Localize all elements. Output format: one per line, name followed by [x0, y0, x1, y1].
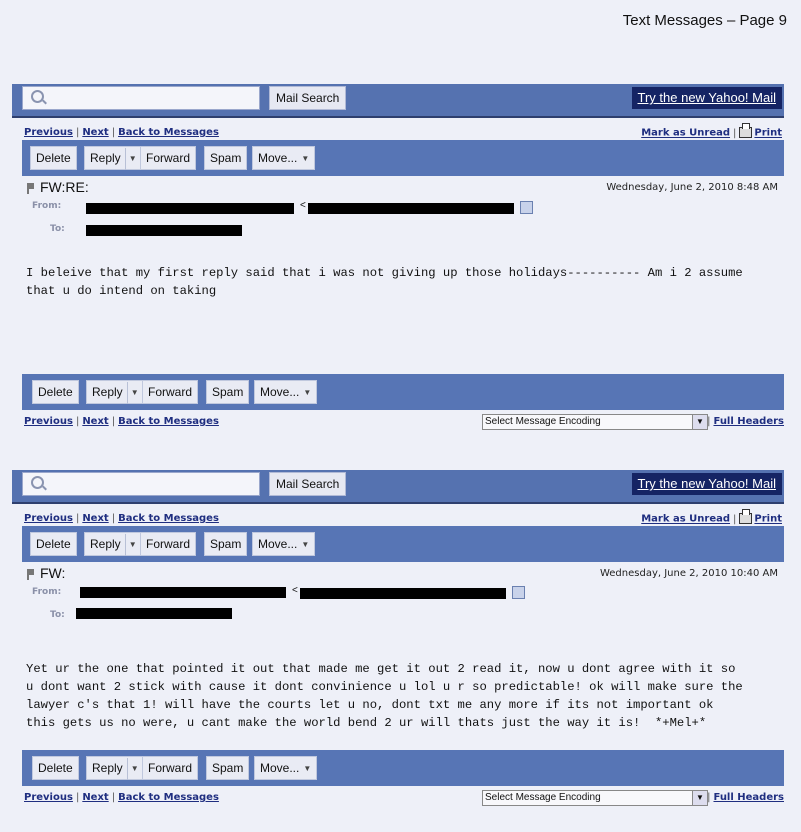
- previous-link[interactable]: Previous: [24, 513, 73, 524]
- next-link[interactable]: Next: [82, 792, 108, 803]
- message-date: Wednesday, June 2, 2010 10:40 AM: [600, 568, 778, 579]
- action-toolbar-top: Delete Reply▼ Forward Spam Move...▼: [22, 140, 784, 176]
- move-button[interactable]: Move...▼: [254, 380, 317, 404]
- search-icon: [31, 90, 44, 103]
- delete-button[interactable]: Delete: [32, 380, 79, 404]
- flag-icon[interactable]: [27, 183, 34, 189]
- spam-button[interactable]: Spam: [204, 146, 247, 170]
- from-name-redacted: [86, 203, 294, 214]
- email-view-1: Mail Search Try the new Yahoo! Mail Prev…: [12, 84, 784, 432]
- message-encoding-select[interactable]: Select Message Encoding ▼: [482, 790, 708, 806]
- search-input[interactable]: [22, 86, 260, 110]
- message-header: FW: Wednesday, June 2, 2010 10:40 AM Fro…: [22, 562, 784, 632]
- page-header: Text Messages – Page 9: [623, 12, 787, 29]
- search-icon: [31, 476, 44, 489]
- try-new-yahoo-mail-link[interactable]: Try the new Yahoo! Mail: [632, 87, 783, 109]
- from-email-redacted: [300, 588, 506, 599]
- back-to-messages-link[interactable]: Back to Messages: [118, 127, 219, 138]
- message-body: Yet ur the one that pointed it out that …: [26, 660, 791, 750]
- print-icon[interactable]: [739, 127, 752, 138]
- mail-search-button[interactable]: Mail Search: [269, 86, 346, 110]
- previous-link[interactable]: Previous: [24, 127, 73, 138]
- spam-button[interactable]: Spam: [206, 380, 249, 404]
- message-date: Wednesday, June 2, 2010 8:48 AM: [606, 182, 778, 193]
- message-body: I beleive that my first reply said that …: [26, 264, 791, 374]
- full-headers-link[interactable]: Full Headers: [713, 416, 784, 427]
- message-encoding-select[interactable]: Select Message Encoding ▼: [482, 414, 708, 430]
- subject: FW:RE:: [40, 179, 89, 195]
- to-redacted: [86, 225, 242, 236]
- bottom-nav-row: Previous|Next|Back to Messages Select Me…: [12, 786, 784, 808]
- from-email-redacted: [308, 203, 514, 214]
- chevron-down-icon: ▼: [301, 534, 309, 556]
- mail-search-button[interactable]: Mail Search: [269, 472, 346, 496]
- flag-icon[interactable]: [27, 569, 34, 575]
- from-label: From:: [32, 587, 61, 597]
- subject: FW:: [40, 565, 65, 581]
- previous-link[interactable]: Previous: [24, 792, 73, 803]
- forward-button[interactable]: Forward: [142, 380, 198, 404]
- email-view-2: Mail Search Try the new Yahoo! Mail Prev…: [12, 470, 784, 808]
- try-new-yahoo-mail-link[interactable]: Try the new Yahoo! Mail: [632, 473, 783, 495]
- chevron-down-icon: ▼: [303, 382, 311, 404]
- delete-button[interactable]: Delete: [30, 532, 77, 556]
- print-link[interactable]: Print: [754, 128, 782, 139]
- print-link[interactable]: Print: [754, 514, 782, 525]
- next-link[interactable]: Next: [82, 513, 108, 524]
- forward-button[interactable]: Forward: [140, 146, 196, 170]
- reply-button[interactable]: Reply▼: [84, 532, 143, 556]
- reply-button[interactable]: Reply▼: [86, 380, 145, 404]
- mark-as-unread-link[interactable]: Mark as Unread: [641, 514, 730, 525]
- search-input[interactable]: [22, 472, 260, 496]
- top-nav-row: Previous|Next|Back to Messages Mark as U…: [12, 118, 784, 140]
- move-button[interactable]: Move...▼: [252, 532, 315, 556]
- to-label: To:: [50, 224, 65, 234]
- next-link[interactable]: Next: [82, 127, 108, 138]
- move-button[interactable]: Move...▼: [252, 146, 315, 170]
- back-to-messages-link[interactable]: Back to Messages: [118, 513, 219, 524]
- to-label: To:: [50, 610, 65, 620]
- back-to-messages-link[interactable]: Back to Messages: [118, 792, 219, 803]
- search-bar: Mail Search Try the new Yahoo! Mail: [12, 470, 784, 504]
- previous-link[interactable]: Previous: [24, 416, 73, 427]
- next-link[interactable]: Next: [82, 416, 108, 427]
- mark-as-unread-link[interactable]: Mark as Unread: [641, 128, 730, 139]
- action-toolbar-bottom: Delete Reply▼ Forward Spam Move...▼: [22, 374, 784, 410]
- address-book-icon[interactable]: [520, 201, 533, 214]
- delete-button[interactable]: Delete: [30, 146, 77, 170]
- forward-button[interactable]: Forward: [140, 532, 196, 556]
- delete-button[interactable]: Delete: [32, 756, 79, 780]
- reply-button[interactable]: Reply▼: [86, 756, 145, 780]
- search-bar: Mail Search Try the new Yahoo! Mail: [12, 84, 784, 118]
- forward-button[interactable]: Forward: [142, 756, 198, 780]
- chevron-down-icon: ▼: [301, 148, 309, 170]
- back-to-messages-link[interactable]: Back to Messages: [118, 416, 219, 427]
- address-book-icon[interactable]: [512, 586, 525, 599]
- action-toolbar-top: Delete Reply▼ Forward Spam Move...▼: [22, 526, 784, 562]
- from-label: From:: [32, 201, 61, 211]
- move-button[interactable]: Move...▼: [254, 756, 317, 780]
- print-icon[interactable]: [739, 513, 752, 524]
- full-headers-link[interactable]: Full Headers: [713, 792, 784, 803]
- chevron-down-icon[interactable]: ▼: [125, 534, 137, 556]
- chevron-down-icon[interactable]: ▼: [127, 758, 139, 780]
- chevron-down-icon[interactable]: ▼: [127, 382, 139, 404]
- bottom-nav-row: Previous|Next|Back to Messages Select Me…: [12, 410, 784, 432]
- from-name-redacted: [80, 587, 286, 598]
- chevron-down-icon: ▼: [303, 758, 311, 780]
- action-toolbar-bottom: Delete Reply▼ Forward Spam Move...▼: [22, 750, 784, 786]
- spam-button[interactable]: Spam: [206, 756, 249, 780]
- reply-button[interactable]: Reply▼: [84, 146, 143, 170]
- top-nav-row: Previous|Next|Back to Messages Mark as U…: [12, 504, 784, 526]
- message-header: FW:RE: Wednesday, June 2, 2010 8:48 AM F…: [22, 176, 784, 246]
- spam-button[interactable]: Spam: [204, 532, 247, 556]
- chevron-down-icon[interactable]: ▼: [125, 148, 137, 170]
- to-redacted: [76, 608, 232, 619]
